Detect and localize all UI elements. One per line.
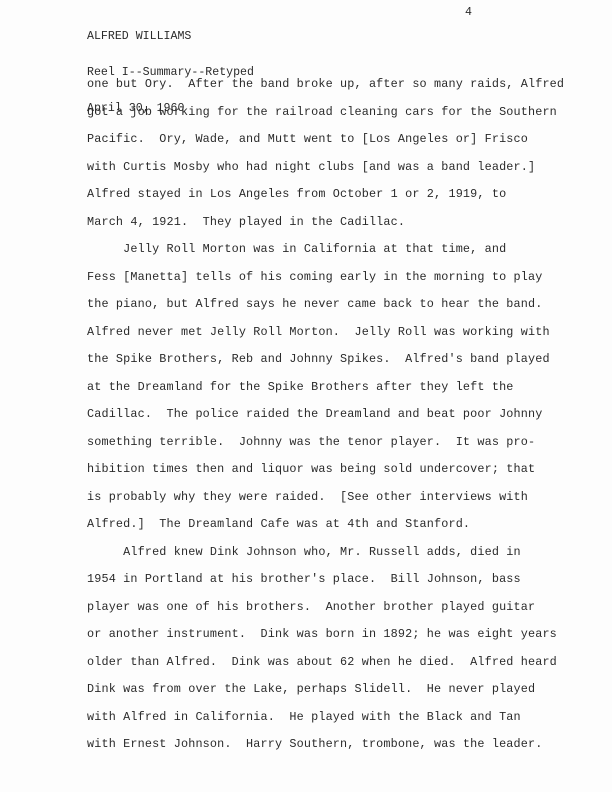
text-line: something terrible. Johnny was the tenor… (87, 429, 564, 457)
text-line: Cadillac. The police raided the Dreamlan… (87, 401, 564, 429)
text-line: older than Alfred. Dink was about 62 whe… (87, 649, 564, 677)
text-line: Alfred never met Jelly Roll Morton. Jell… (87, 319, 564, 347)
header-name: ALFRED WILLIAMS (87, 31, 254, 43)
text-line: with Curtis Mosby who had night clubs [a… (87, 154, 564, 182)
text-line: player was one of his brothers. Another … (87, 594, 564, 622)
text-line: Jelly Roll Morton was in California at t… (87, 236, 564, 264)
text-line: the Spike Brothers, Reb and Johnny Spike… (87, 346, 564, 374)
text-line: Alfred.] The Dreamland Cafe was at 4th a… (87, 511, 564, 539)
text-line: 1954 in Portland at his brother's place.… (87, 566, 564, 594)
document-page: ALFRED WILLIAMS Reel I--Summary--Retyped… (0, 0, 612, 792)
text-line: Fess [Manetta] tells of his coming early… (87, 264, 564, 292)
text-line: March 4, 1921. They played in the Cadill… (87, 209, 564, 237)
text-line: Alfred knew Dink Johnson who, Mr. Russel… (87, 539, 564, 567)
text-line: Dink was from over the Lake, perhaps Sli… (87, 676, 564, 704)
text-line: Alfred stayed in Los Angeles from Octobe… (87, 181, 564, 209)
text-line: or another instrument. Dink was born in … (87, 621, 564, 649)
text-line: hibition times then and liquor was being… (87, 456, 564, 484)
text-line: got a job working for the railroad clean… (87, 99, 564, 127)
text-line: Pacific. Ory, Wade, and Mutt went to [Lo… (87, 126, 564, 154)
document-body: one but Ory. After the band broke up, af… (87, 71, 564, 759)
text-line: with Ernest Johnson. Harry Southern, tro… (87, 731, 564, 759)
text-line: one but Ory. After the band broke up, af… (87, 71, 564, 99)
page-number: 4 (465, 7, 472, 19)
text-line: is probably why they were raided. [See o… (87, 484, 564, 512)
text-line: at the Dreamland for the Spike Brothers … (87, 374, 564, 402)
text-line: with Alfred in California. He played wit… (87, 704, 564, 732)
text-line: the piano, but Alfred says he never came… (87, 291, 564, 319)
